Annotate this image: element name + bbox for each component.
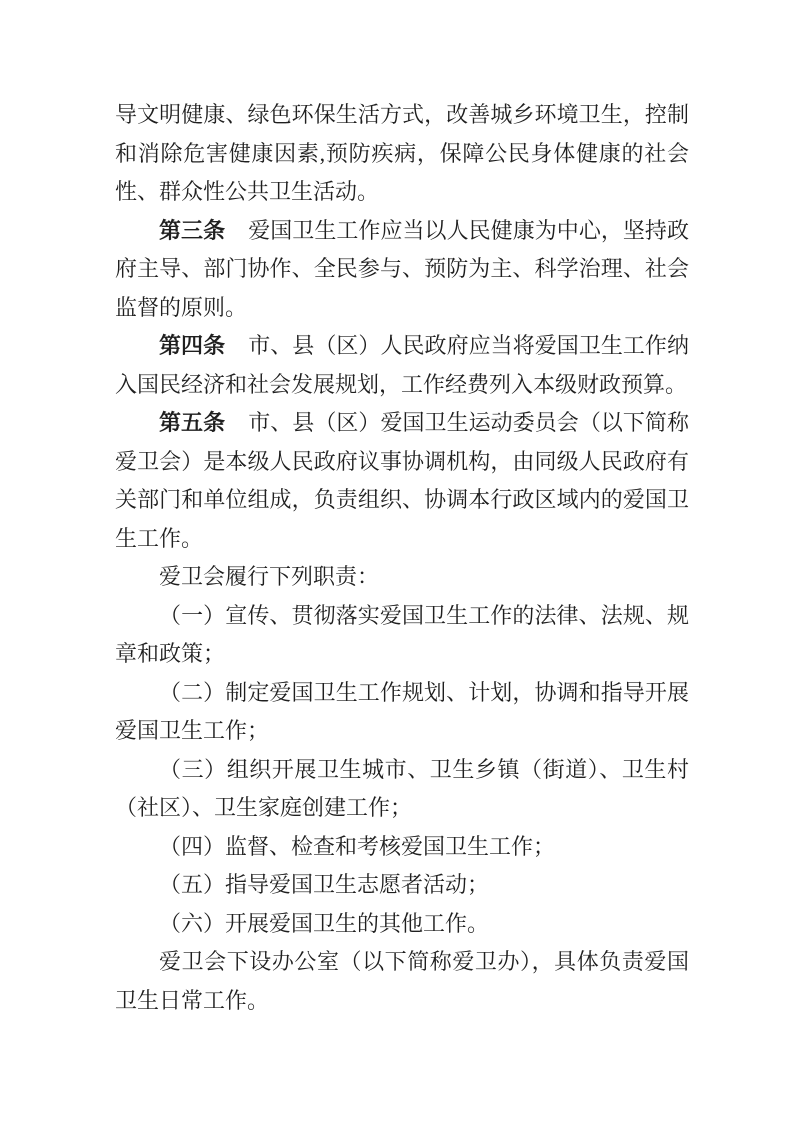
paragraph-continuation: 导文明健康、绿色环保生活方式，改善城乡环境卫生，控制和消除危害健康因素,预防疾病…: [115, 96, 689, 212]
document-page: 导文明健康、绿色环保生活方式，改善城乡环境卫生，控制和消除危害健康因素,预防疾病…: [0, 0, 793, 1122]
paragraph-item-5: （五）指导爱国卫生志愿者活动；: [115, 866, 689, 905]
paragraph-article-5: 第五条市、县（区）爱国卫生运动委员会（以下简称爱卫会）是本级人民政府议事协调机构…: [115, 404, 689, 558]
paragraph-item-1: （一）宣传、贯彻落实爱国卫生工作的法律、法规、规章和政策；: [115, 597, 689, 674]
document-text-block: 导文明健康、绿色环保生活方式，改善城乡环境卫生，控制和消除危害健康因素,预防疾病…: [115, 96, 689, 1020]
article-number-5: 第五条: [159, 410, 225, 435]
paragraph-item-3: （三）组织开展卫生城市、卫生乡镇（街道）、卫生村（社区）、卫生家庭创建工作；: [115, 751, 689, 828]
paragraph-article-3: 第三条爱国卫生工作应当以人民健康为中心，坚持政府主导、部门协作、全民参与、预防为…: [115, 212, 689, 328]
article-number-3: 第三条: [159, 218, 225, 243]
paragraph-article-4: 第四条市、县（区）人民政府应当将爱国卫生工作纳入国民经济和社会发展规划，工作经费…: [115, 327, 689, 404]
paragraph-item-6: （六）开展爱国卫生的其他工作。: [115, 905, 689, 944]
paragraph-office: 爱卫会下设办公室（以下简称爱卫办），具体负责爱国卫生日常工作。: [115, 943, 689, 1020]
paragraph-item-4: （四）监督、检查和考核爱国卫生工作；: [115, 828, 689, 867]
article-number-4: 第四条: [159, 333, 225, 358]
paragraph-item-2: （二）制定爱国卫生工作规划、计划，协调和指导开展爱国卫生工作；: [115, 674, 689, 751]
paragraph-duties-intro: 爱卫会履行下列职责：: [115, 558, 689, 597]
